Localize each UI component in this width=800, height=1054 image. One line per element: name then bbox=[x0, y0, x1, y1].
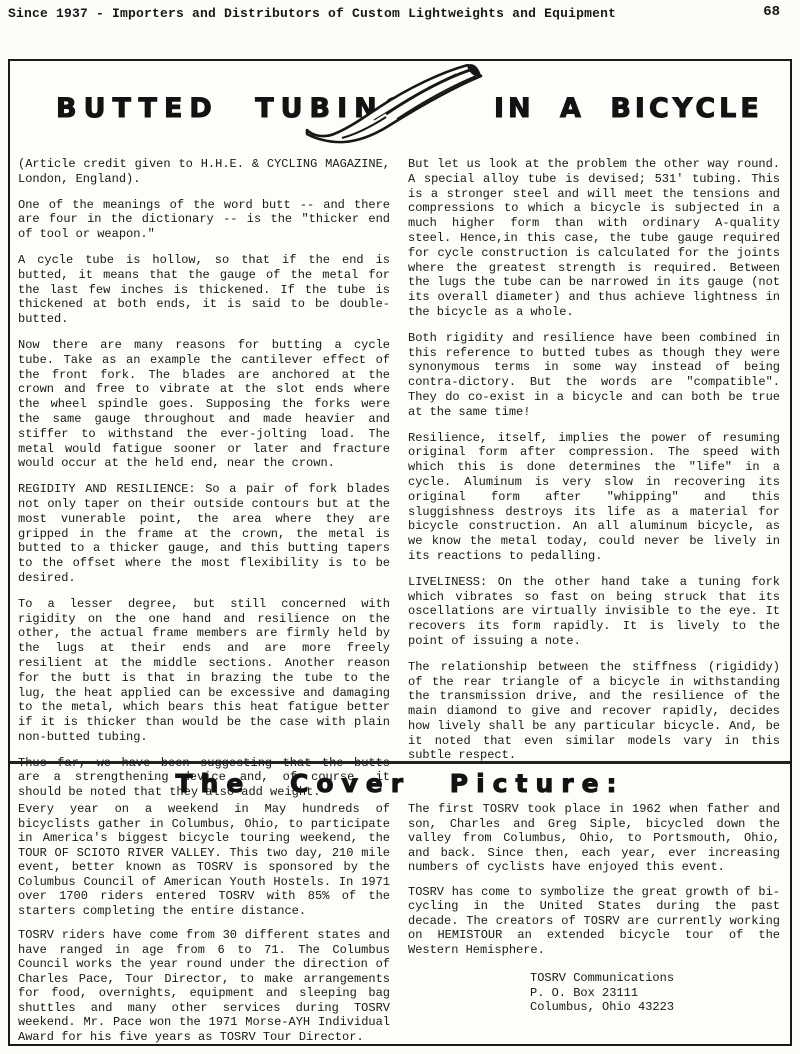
address-line: TOSRV Communications bbox=[530, 971, 780, 986]
article-paragraph: The relationship between the stiffness (… bbox=[408, 660, 780, 764]
cover-columns: Every year on a weekend in May hundreds … bbox=[18, 802, 780, 1046]
cover-right-column: The first TOSRV took place in 1962 when … bbox=[408, 802, 780, 1046]
article-paragraph: But let us look at the problem the other… bbox=[408, 157, 780, 320]
section-divider bbox=[10, 761, 790, 764]
cover-paragraph: The first TOSRV took place in 1962 when … bbox=[408, 802, 780, 875]
cover-section-title: The Cover Picture: bbox=[10, 769, 790, 798]
article-paragraph: Resilience, itself, implies the power of… bbox=[408, 431, 780, 564]
article-paragraph: A cycle tube is hollow, so that if the e… bbox=[18, 253, 390, 327]
article-paragraph: One of the meanings of the word butt -- … bbox=[18, 198, 390, 242]
article-paragraph: REGIDITY AND RESILIENCE: So a pair of fo… bbox=[18, 482, 390, 586]
contact-address: TOSRV CommunicationsP. O. Box 23111Colum… bbox=[530, 971, 780, 1015]
article-paragraph: Both rigidity and resilience have been c… bbox=[408, 331, 780, 420]
article-paragraph: LIVELINESS: On the other hand take a tun… bbox=[408, 575, 780, 649]
cover-paragraph: TOSRV riders have come from 30 different… bbox=[18, 928, 390, 1044]
article-paragraph: To a lesser degree, but still concerned … bbox=[18, 597, 390, 745]
scanned-page: Since 1937 - Importers and Distributors … bbox=[0, 0, 800, 1054]
article-paragraph: Now there are many reasons for butting a… bbox=[18, 338, 390, 471]
fork-blade-drawing-icon bbox=[302, 64, 507, 144]
article-right-column: But let us look at the problem the other… bbox=[408, 157, 780, 811]
article-box: BUTTED TUBING IN A BICYCLE (Article cred… bbox=[8, 59, 792, 1046]
page-number: 68 bbox=[763, 4, 780, 20]
cover-right-paragraphs: The first TOSRV took place in 1962 when … bbox=[408, 802, 780, 957]
masthead-tagline: Since 1937 - Importers and Distributors … bbox=[8, 6, 616, 21]
article-title-right: IN A BICYCLE bbox=[494, 93, 763, 124]
cover-paragraph: Every year on a weekend in May hundreds … bbox=[18, 802, 390, 918]
address-line: Columbus, Ohio 43223 bbox=[530, 1000, 780, 1015]
article-paragraph: (Article credit given to H.H.E. & CYCLIN… bbox=[18, 157, 390, 187]
address-line: P. O. Box 23111 bbox=[530, 986, 780, 1001]
article-left-column: (Article credit given to H.H.E. & CYCLIN… bbox=[18, 157, 390, 811]
cover-left-column: Every year on a weekend in May hundreds … bbox=[18, 802, 390, 1046]
article-columns: (Article credit given to H.H.E. & CYCLIN… bbox=[18, 157, 780, 811]
cover-paragraph: TOSRV has come to symbolize the great gr… bbox=[408, 885, 780, 958]
